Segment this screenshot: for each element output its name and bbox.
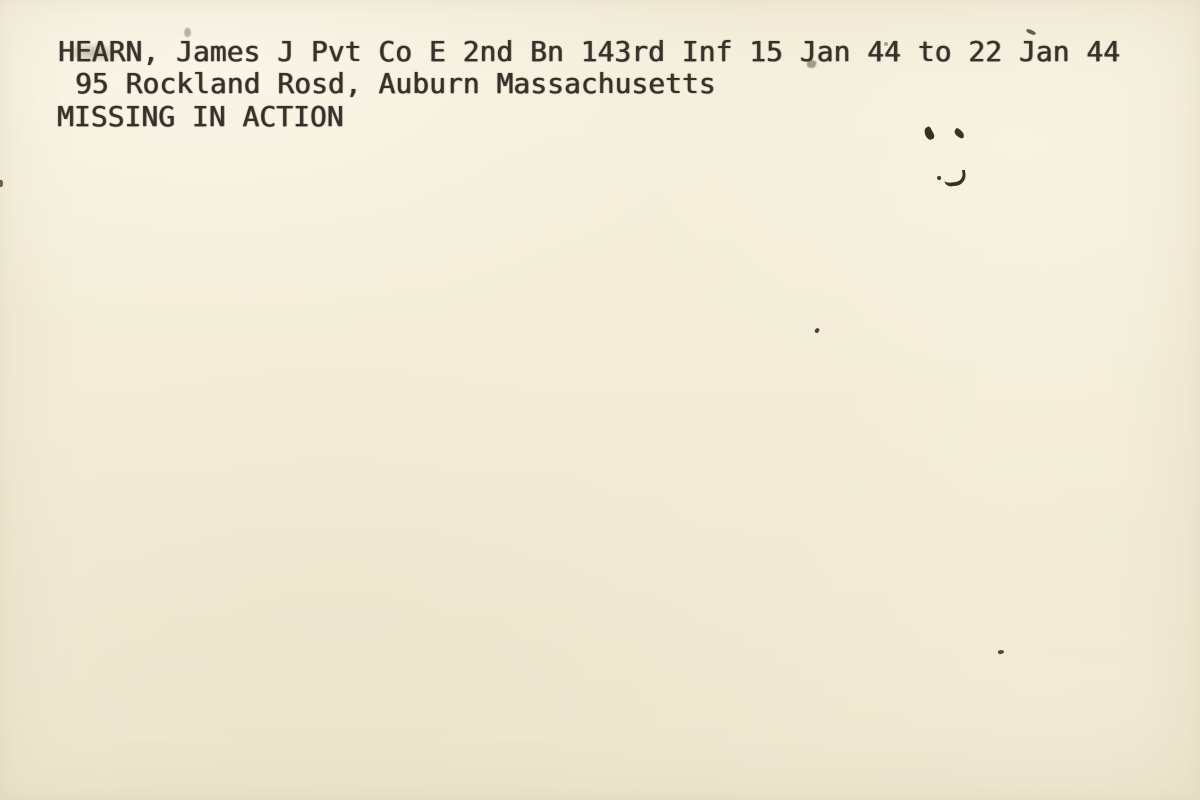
ink-flick-mark [953,128,966,140]
typed-line-status: MISSING IN ACTION [57,102,344,132]
ink-curve-mark [943,170,967,188]
paper-speck-middle [814,327,820,333]
typed-line-service-record: HEARN, James J Pvt Co E 2nd Bn 143rd Inf… [58,37,1120,67]
typed-line-address: 95 Rockland Rosd, Auburn Massachusetts [75,69,716,99]
index-card: HEARN, James J Pvt Co E 2nd Bn 143rd Inf… [0,0,1200,800]
paper-speck-edge [0,180,3,187]
ink-comma-mark [922,126,935,141]
ink-dot-mark [937,176,942,181]
paper-speck-lower [998,649,1005,654]
